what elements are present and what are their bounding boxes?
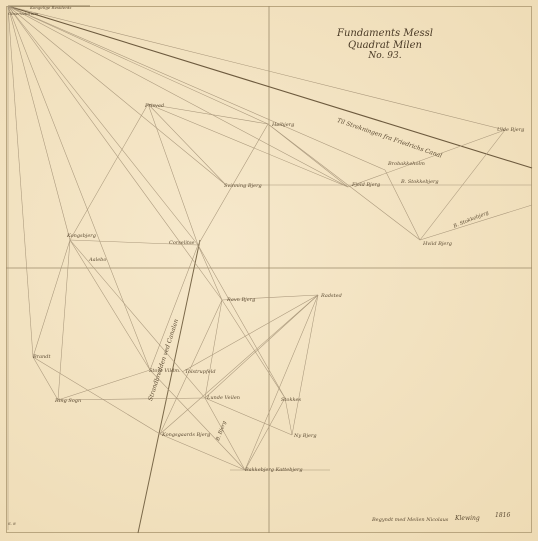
place-label-radsted: Radsted bbox=[321, 294, 342, 299]
place-label-corner-sw: S. 8 bbox=[8, 522, 16, 526]
place-label-bakkebjerg: Bakkebjerg Kattebjerg bbox=[245, 468, 303, 473]
place-label-brandt: Brandt bbox=[33, 355, 50, 360]
place-label-aalebo: Aalebo bbox=[89, 258, 106, 263]
place-label-ring-sogn: Ring Sogn bbox=[55, 399, 81, 404]
place-label-svinning-bjerg: Svinning Bjerg bbox=[224, 184, 262, 189]
title-line-2: Quadrat Milen bbox=[335, 40, 435, 52]
place-label-tolstrup: Tolstrupfeld bbox=[185, 370, 216, 375]
triangulation-lines bbox=[0, 0, 538, 541]
map-sheet: Fundaments Messl Quadrat Milen No. 93. K… bbox=[0, 0, 538, 541]
title-line-3: No. 93. bbox=[335, 51, 435, 61]
place-label-frisved: Frisvad bbox=[145, 104, 164, 109]
place-label-hviid-bjerg: Hviid Bjerg bbox=[423, 242, 452, 247]
place-label-b-stokkebjerg-1: B. Stokkebjerg bbox=[401, 180, 439, 185]
canal-baseline bbox=[8, 6, 532, 168]
place-label-kongsgaards-bjerg: Kongsgaards Bjerg bbox=[162, 433, 210, 438]
place-label-bottom-note: Begyndt med Meilen Nicolaus bbox=[372, 518, 448, 523]
place-label-ny-bjerg: Ny Bjerg bbox=[294, 434, 317, 439]
place-label-brobakkeholm: Brobakkeholm bbox=[388, 162, 425, 167]
place-label-fjeld-bjerg: Fjeld Bjerg bbox=[352, 183, 380, 188]
place-label-ravn-bjerg: Ravn Bjerg bbox=[227, 298, 255, 303]
place-label-hoibjerg: Høibjerg bbox=[272, 123, 294, 128]
place-label-kongsbjerg: Kongsbjerg bbox=[67, 234, 96, 239]
place-label-corner-nw-2: Observatorium bbox=[8, 12, 38, 16]
place-label-year: 1816 bbox=[495, 513, 510, 519]
place-label-corner-nw: Kongelige Residentz bbox=[30, 6, 71, 10]
map-title: Fundaments Messl Quadrat Milen No. 93. bbox=[335, 28, 435, 61]
coast-line bbox=[138, 240, 200, 533]
place-label-corselitse: Corselitse bbox=[169, 241, 194, 246]
place-label-store-vildm: Store Vildm. bbox=[149, 369, 181, 374]
title-line-1: Fundaments Messl bbox=[335, 28, 435, 40]
place-label-signature: Klewing bbox=[455, 516, 480, 522]
place-label-stokkes: Stokkes bbox=[281, 398, 301, 403]
place-label-lunde-veilen: Lunde Veilen bbox=[207, 396, 240, 401]
place-label-ulde-bjerg: Ulde Bjerg bbox=[497, 128, 524, 133]
